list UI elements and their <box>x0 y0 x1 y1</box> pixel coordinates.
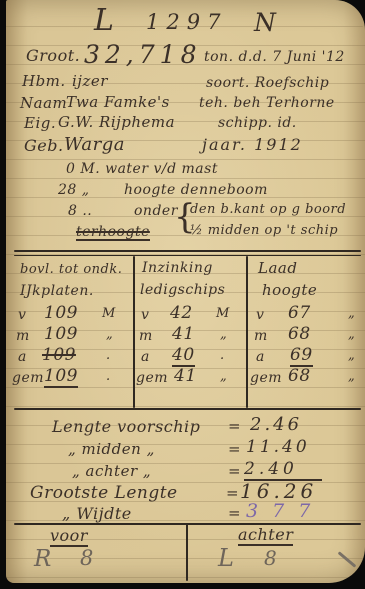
note-water-mast: 0 M. water v/d mast <box>66 162 218 176</box>
voor-number: 8 <box>80 548 94 569</box>
col2-row1-unit: M <box>216 307 230 320</box>
grootste-lengte-value: 16.26 <box>240 481 317 501</box>
register-suffix: N <box>254 10 276 35</box>
lengte-midden-value: 11.40 <box>246 439 310 456</box>
col1-row1-prefix: v <box>18 308 26 322</box>
note-onder: onder <box>134 204 178 218</box>
col2-row2-unit: „ <box>220 328 227 341</box>
jaar-note: jaar. 1912 <box>202 137 303 153</box>
lengte-achter-value: 2.40 <box>244 461 322 481</box>
col3-row1-value: 67 <box>288 305 311 322</box>
col1-row2-unit: „ <box>106 328 113 341</box>
lengte-voorschip-eq: = <box>228 419 241 434</box>
register-number: 1297 <box>146 12 227 33</box>
note-terhoogte-struck: terhoogte <box>76 225 150 241</box>
col2-row1-value: 42 <box>170 305 193 322</box>
brace-line-1: den b.kant op g boord <box>190 203 346 216</box>
eigenaar-label: Eig. <box>24 116 56 131</box>
footer-divider <box>186 523 188 581</box>
lengte-voorschip-label: Lengte voorschip <box>52 419 200 435</box>
col1-header-2: IJkplaten. <box>20 284 94 298</box>
lengte-midden-eq: = <box>228 442 241 457</box>
col2-row3-value: 40 <box>172 347 195 367</box>
brace-line-2: ½ midden op 't schip <box>190 224 338 237</box>
groot-value: 32,718 <box>84 42 201 67</box>
material-value: ijzer <box>72 74 108 89</box>
col3-row2-value: 68 <box>288 326 311 343</box>
col1-row3-unit: . <box>106 349 111 362</box>
col2-header-2: ledigschips <box>140 283 225 297</box>
lengte-midden-label: „ midden „ <box>68 442 155 457</box>
col1-row2-prefix: m <box>16 329 30 343</box>
col2-row1-prefix: v <box>141 308 149 322</box>
col1-row4-value: 109 <box>44 368 78 388</box>
col2-row4-unit: „ <box>220 370 227 383</box>
col1-row1-unit: M <box>102 307 116 320</box>
table-top-line-1 <box>14 250 361 252</box>
col3-row4-prefix: gem <box>250 371 282 385</box>
grootste-lengte-label: Grootste Lengte <box>30 485 178 502</box>
col1-row4-unit: . <box>106 370 111 383</box>
col1-row3-value-struck: 109 <box>42 347 76 364</box>
note-denneboom-prefix: 28 „ <box>58 183 90 197</box>
naam-value: Twa Famke's <box>66 95 170 110</box>
col2-row2-value: 41 <box>172 326 195 343</box>
col1-row3-prefix: a <box>18 350 27 364</box>
gebouwd-value: Warga <box>64 136 125 154</box>
notebook-page: L 1297 N Groot. 32,718 ton. d.d. 7 Juni … <box>6 0 365 583</box>
gebouwd-label: Geb. <box>24 138 64 154</box>
col1-row4-prefix: gem <box>12 371 44 385</box>
col1-header-1: bovl. tot ondk. <box>20 263 122 276</box>
col2-row2-prefix: m <box>139 329 153 343</box>
table-top-line-2 <box>14 255 361 256</box>
col2-row3-unit: . <box>220 349 225 362</box>
col3-row3-unit: „ <box>348 349 355 362</box>
achter-letter: L <box>218 546 234 570</box>
col3-row4-value: 68 <box>288 368 311 385</box>
col2-header-1: Inzinking <box>142 261 213 275</box>
material-label: Hbm. <box>22 74 66 89</box>
achter-number: 8 <box>264 548 277 568</box>
schipper-note: schipp. id. <box>218 116 297 130</box>
table-divider-2 <box>246 256 248 408</box>
col3-header-2: hoogte <box>262 283 317 298</box>
col1-row1-value: 109 <box>44 305 78 322</box>
eigenaar-value: G.W. Rijphema <box>58 115 175 130</box>
table-bottom-line <box>14 408 361 410</box>
col2-row4-value: 41 <box>174 368 197 385</box>
col3-row1-unit: „ <box>348 307 355 320</box>
lengte-achter-label: „ achter „ <box>72 464 151 479</box>
lengte-achter-eq: = <box>228 464 241 479</box>
col3-row3-value: 69 <box>290 347 313 367</box>
date-note: ton. d.d. 7 Juni '12 <box>204 50 345 64</box>
col3-header-1: Laad <box>258 261 297 276</box>
col3-row1-prefix: v <box>256 308 264 322</box>
col3-row2-prefix: m <box>254 329 268 343</box>
register-prefix: L <box>94 6 114 36</box>
voor-label: voor <box>50 528 88 547</box>
wijdte-label: „ Wijdte <box>62 506 132 522</box>
naam-label: Naam <box>20 96 67 111</box>
pencil-check-icon <box>338 551 357 567</box>
groot-label: Groot. <box>26 48 80 64</box>
col3-row3-prefix: a <box>256 350 265 364</box>
wijdte-eq: = <box>228 506 241 521</box>
lengte-voorschip-value: 2.46 <box>250 416 302 434</box>
col3-row4-unit: „ <box>348 370 355 383</box>
note-onder-prefix: 8 .. <box>68 204 92 218</box>
col1-row2-value: 109 <box>44 326 78 343</box>
wijdte-value-purple-ink: 3 7 7 <box>246 502 314 521</box>
table-divider-1 <box>133 256 135 408</box>
note-denneboom: hoogte denneboom <box>124 183 268 197</box>
voor-letter: R <box>34 548 52 571</box>
col3-row2-unit: „ <box>348 328 355 341</box>
col2-row4-prefix: gem <box>136 371 168 385</box>
thuisbeh-note: teh. beh Terhorne <box>199 96 335 110</box>
grootste-lengte-eq: = <box>226 486 239 501</box>
soort-note: soort. Roefschip <box>206 76 329 90</box>
achter-label: achter <box>238 527 293 546</box>
col2-row3-prefix: a <box>141 350 150 364</box>
